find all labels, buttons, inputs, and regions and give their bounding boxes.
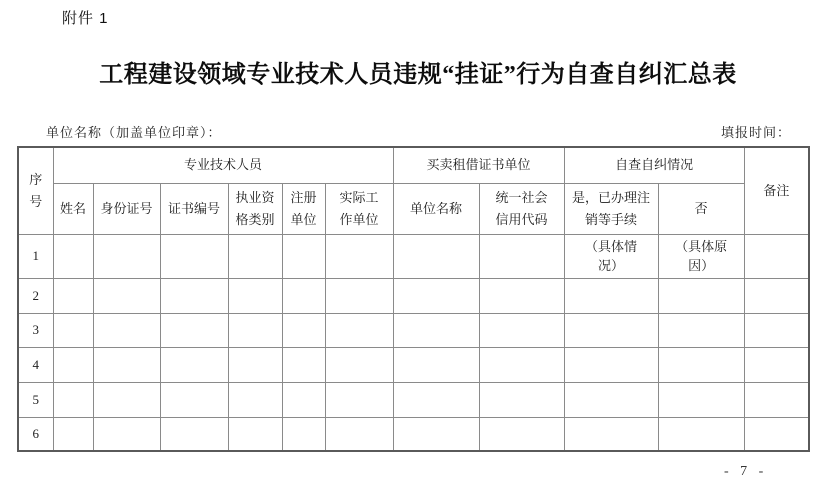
empty-cell — [228, 417, 282, 451]
empty-cell — [160, 234, 228, 278]
empty-cell — [93, 347, 160, 382]
empty-cell — [564, 278, 658, 313]
empty-cell — [160, 278, 228, 313]
empty-cell — [564, 313, 658, 347]
header-sub-row: 姓名 身份证号 证书编号 执业资 格类别 注册 单位 实际工 作单位 单位名称 … — [18, 183, 809, 234]
header-registered-unit: 注册 单位 — [282, 183, 325, 234]
empty-cell — [658, 278, 744, 313]
empty-cell — [160, 382, 228, 417]
empty-cell — [93, 417, 160, 451]
empty-cell — [53, 347, 93, 382]
header-group-row: 序 号 专业技术人员 买卖租借证书单位 自查自纠情况 备注 — [18, 147, 809, 183]
empty-cell — [325, 313, 393, 347]
header-remarks: 备注 — [744, 147, 809, 234]
empty-cell — [93, 313, 160, 347]
table-row: 4 — [18, 347, 809, 382]
empty-cell — [658, 347, 744, 382]
empty-cell — [479, 347, 564, 382]
empty-cell — [228, 234, 282, 278]
empty-cell — [282, 417, 325, 451]
table-row: 1 （具体情 况） （具体原 因） — [18, 234, 809, 278]
empty-cell — [53, 278, 93, 313]
empty-cell — [228, 278, 282, 313]
attachment-label: 附件 1 — [62, 7, 109, 28]
table-row: 3 — [18, 313, 809, 347]
fill-time-label: 填报时间： — [721, 122, 791, 141]
row-number-cell: 5 — [18, 382, 53, 417]
row-number-cell: 3 — [18, 313, 53, 347]
page-number: - 7 - — [724, 464, 767, 480]
empty-cell — [53, 234, 93, 278]
empty-cell — [744, 278, 809, 313]
header-group-self-check: 自查自纠情况 — [564, 147, 744, 183]
row-number-cell: 1 — [18, 234, 53, 278]
empty-cell — [325, 417, 393, 451]
empty-cell — [160, 417, 228, 451]
empty-cell — [744, 313, 809, 347]
empty-cell — [744, 234, 809, 278]
empty-cell — [282, 234, 325, 278]
row-number-cell: 4 — [18, 347, 53, 382]
header-unit-name: 单位名称 — [393, 183, 479, 234]
page-title: 工程建设领域专业技术人员违规“挂证”行为自查自纠汇总表 — [0, 54, 836, 89]
table-row: 5 — [18, 382, 809, 417]
empty-cell — [93, 278, 160, 313]
empty-cell — [479, 234, 564, 278]
header-group-certificate-trading-unit: 买卖租借证书单位 — [393, 147, 564, 183]
empty-cell — [564, 347, 658, 382]
empty-cell — [393, 417, 479, 451]
no-detail-cell: （具体原 因） — [658, 234, 744, 278]
empty-cell — [160, 313, 228, 347]
empty-cell — [658, 382, 744, 417]
empty-cell — [228, 382, 282, 417]
empty-cell — [325, 347, 393, 382]
empty-cell — [325, 234, 393, 278]
table-row: 2 — [18, 278, 809, 313]
yes-detail-cell: （具体情 况） — [564, 234, 658, 278]
empty-cell — [282, 313, 325, 347]
empty-cell — [479, 313, 564, 347]
empty-cell — [393, 234, 479, 278]
row-number-cell: 2 — [18, 278, 53, 313]
empty-cell — [282, 347, 325, 382]
empty-cell — [479, 382, 564, 417]
empty-cell — [282, 382, 325, 417]
header-actual-work-unit: 实际工 作单位 — [325, 183, 393, 234]
empty-cell — [282, 278, 325, 313]
empty-cell — [53, 417, 93, 451]
row-number-cell: 6 — [18, 417, 53, 451]
empty-cell — [658, 417, 744, 451]
empty-cell — [393, 278, 479, 313]
table-row: 6 — [18, 417, 809, 451]
unit-name-label: 单位名称（加盖单位印章）： — [46, 122, 222, 141]
empty-cell — [393, 347, 479, 382]
empty-cell — [744, 347, 809, 382]
empty-cell — [564, 382, 658, 417]
summary-table: 序 号 专业技术人员 买卖租借证书单位 自查自纠情况 备注 姓名 身份证号 证书… — [17, 146, 810, 452]
empty-cell — [658, 313, 744, 347]
empty-cell — [744, 417, 809, 451]
empty-cell — [228, 347, 282, 382]
document-page: 附件 1 工程建设领域专业技术人员违规“挂证”行为自查自纠汇总表 单位名称（加盖… — [0, 0, 836, 491]
empty-cell — [564, 417, 658, 451]
empty-cell — [160, 347, 228, 382]
empty-cell — [325, 278, 393, 313]
header-social-credit-code: 统一社会 信用代码 — [479, 183, 564, 234]
empty-cell — [228, 313, 282, 347]
empty-cell — [325, 382, 393, 417]
header-group-professionals: 专业技术人员 — [53, 147, 393, 183]
header-certificate-number: 证书编号 — [160, 183, 228, 234]
header-serial-number: 序 号 — [18, 147, 53, 234]
header-no: 否 — [658, 183, 744, 234]
header-qualification-category: 执业资 格类别 — [228, 183, 282, 234]
empty-cell — [479, 278, 564, 313]
empty-cell — [393, 313, 479, 347]
empty-cell — [479, 417, 564, 451]
header-id-number: 身份证号 — [93, 183, 160, 234]
empty-cell — [53, 382, 93, 417]
empty-cell — [93, 234, 160, 278]
header-name: 姓名 — [53, 183, 93, 234]
empty-cell — [93, 382, 160, 417]
empty-cell — [393, 382, 479, 417]
header-yes-cancelled: 是，已办理注 销等手续 — [564, 183, 658, 234]
empty-cell — [53, 313, 93, 347]
empty-cell — [744, 382, 809, 417]
